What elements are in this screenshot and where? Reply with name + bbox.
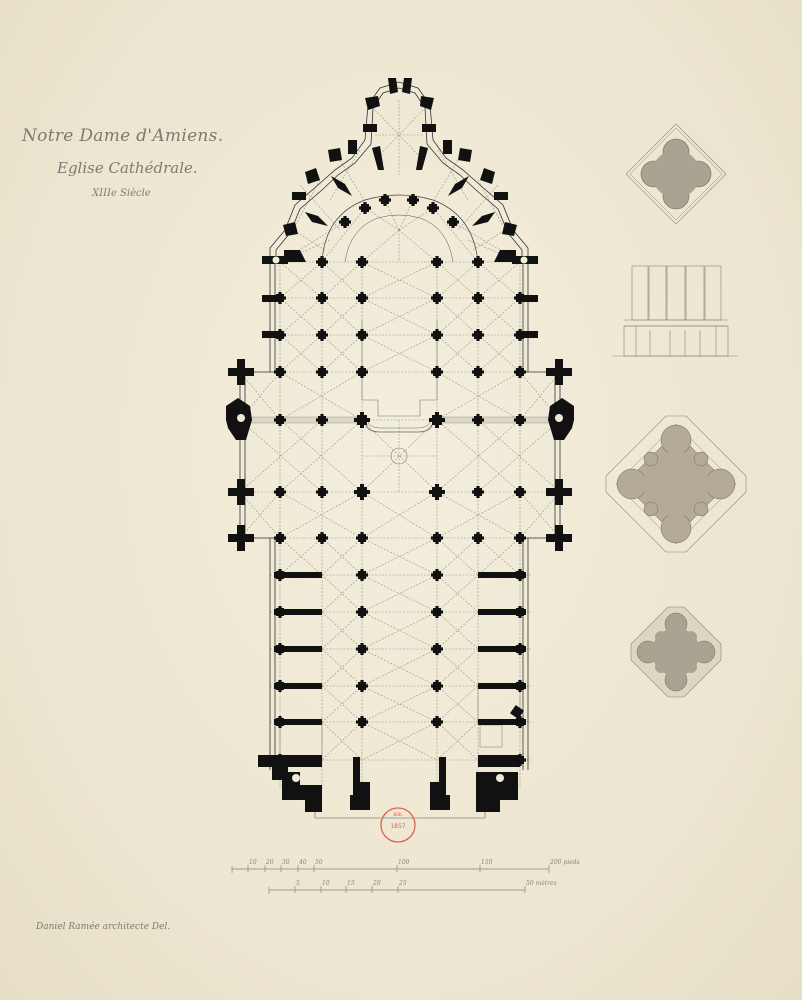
scale-bar-feet-labels: 10 20 30 40 50 100 150 200 pieds bbox=[249, 859, 580, 866]
detail-nave-pier bbox=[631, 607, 721, 697]
svg-text:40: 40 bbox=[298, 859, 307, 866]
svg-text:10: 10 bbox=[249, 859, 257, 866]
svg-text:BIBL: BIBL bbox=[394, 812, 404, 817]
signature: Daniel Ramée architecte Del. bbox=[36, 922, 170, 932]
svg-text:25: 25 bbox=[398, 880, 407, 887]
drawing-sheet: Notre Dame d'Amiens. Eglise Cathédrale. … bbox=[0, 0, 802, 1000]
svg-text:15: 15 bbox=[347, 880, 355, 887]
library-stamp: 1857 BIBL bbox=[381, 808, 415, 842]
scale-bar-feet bbox=[232, 865, 549, 873]
svg-text:10: 10 bbox=[322, 880, 330, 887]
scale-bar-meters-labels: 5 10 15 20 25 50 mètres bbox=[296, 880, 557, 887]
svg-text:1857: 1857 bbox=[390, 823, 405, 830]
detail-pier-section-small bbox=[626, 124, 726, 224]
svg-text:50: 50 bbox=[315, 859, 323, 866]
detail-crossing-pier bbox=[606, 416, 746, 552]
svg-text:5: 5 bbox=[296, 880, 300, 887]
scale-bar-meters bbox=[269, 886, 525, 894]
svg-text:50 mètres: 50 mètres bbox=[526, 880, 557, 887]
detail-base-elevation bbox=[612, 266, 738, 356]
svg-text:20: 20 bbox=[265, 859, 274, 866]
svg-text:30: 30 bbox=[282, 859, 290, 866]
floor-plan: 1857 BIBL bbox=[0, 0, 802, 1000]
svg-text:20: 20 bbox=[372, 880, 381, 887]
masonry bbox=[258, 78, 538, 812]
wall-outlines bbox=[240, 82, 560, 818]
svg-text:100: 100 bbox=[398, 859, 410, 866]
svg-text:150: 150 bbox=[481, 859, 493, 866]
svg-text:200 pieds: 200 pieds bbox=[549, 859, 580, 866]
piers bbox=[228, 194, 572, 766]
